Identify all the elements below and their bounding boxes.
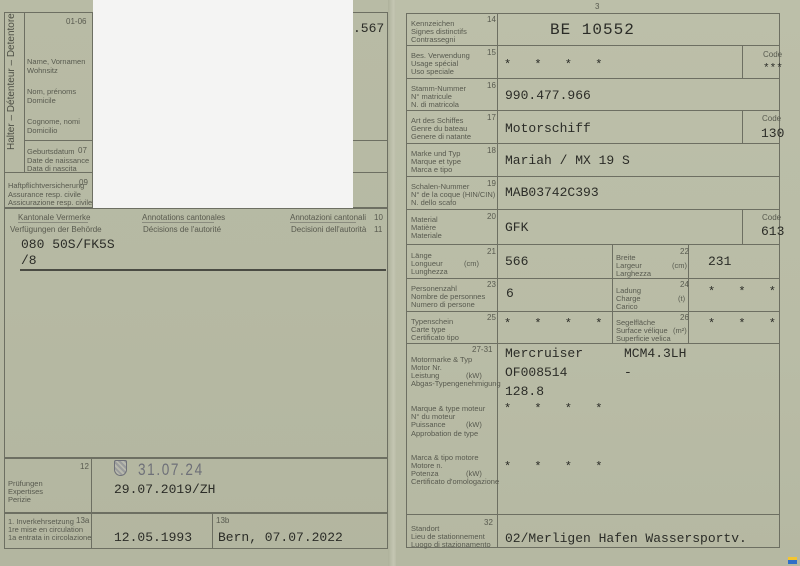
label: N. dello scafo [411,198,456,207]
label: Kantonale Vermerke [18,213,91,222]
plate-number: BE 10552 [550,21,635,39]
label: Numero di persone [411,300,475,309]
inspection-value: 29.07.2019/ZH [114,482,215,497]
label: Domicile [27,96,56,105]
code-label: Code [762,114,781,123]
label: N. di matricola [411,100,459,109]
label: Perizie [8,495,31,504]
label: Contrassegni [411,35,455,44]
engine-serial: OF008514 [505,365,567,380]
type-cert-value: * * * * [504,317,610,331]
field-number: 16 [487,81,496,90]
first-registration-date: 12.05.1993 [114,530,192,545]
base-number-value: 990.477.966 [505,88,591,103]
label: Larghezza [616,269,651,278]
field-number: 27-31 [472,345,492,354]
label: Nom, prénoms [27,87,76,96]
cantonal-note-line: /8 [21,253,37,268]
cantonal-note-line: 080 50S/FK5S [21,237,115,252]
label: Uso speciale [411,67,454,76]
field-number: 15 [487,48,496,57]
engine2-value: * * * * [504,402,610,416]
flag-icon [788,557,797,564]
label: Domicilio [27,126,57,135]
label: Assicurazione resp. civile [8,198,92,207]
field-number: 13b [216,516,229,525]
label: Wohnsitz [27,66,58,75]
load-value: * * * [708,285,784,299]
field-number: 20 [487,212,496,221]
canton-bern-coat-of-arms-icon [114,460,127,476]
label: Haftpflichtversicherung [8,181,84,190]
label: Geburtsdatum [27,147,75,156]
field-number: 17 [487,113,496,122]
label: Verfügungen der Behörde [10,225,102,234]
label: Lunghezza [411,267,448,276]
engine-make: Mercruiser [505,346,583,361]
label: Cognome, nomi [27,117,80,126]
label: Décisions de l'autorité [143,225,221,234]
field-number: 10 [374,213,383,222]
engine-serial-extra: - [624,365,632,380]
engine3-value: * * * * [504,460,610,474]
right-page: 3 14 Kennzeichen Signes distinctifs Cont… [396,0,800,566]
material-code: 613 [761,224,784,239]
width-value: 231 [708,254,731,269]
field-number: 18 [487,146,496,155]
label: Certificato d'omologazione [411,477,499,486]
material-value: GFK [505,220,528,235]
label: Carico [616,302,638,311]
label: Superficie velica [616,334,671,343]
field-number: 01-06 [66,17,86,26]
field-number: 24 [680,280,689,289]
field-number: 13a [76,516,89,525]
unit-label: (t) [678,294,685,303]
field-number: 22 [680,247,689,256]
label: Genere di natante [411,132,471,141]
label: Materiale [411,231,442,240]
field-number: 32 [484,518,493,527]
length-value: 566 [505,254,528,269]
label: Name, Vornamen [27,57,85,66]
field-number: 25 [487,313,496,322]
holder-vertical-title: Halter – Détenteur – Detentore [6,13,17,150]
unit-label: (m²) [673,326,687,335]
inspection-stamp-date: 31.07.24 [138,460,204,480]
make-model-value: Mariah / MX 19 S [505,153,630,168]
label: Luogo di stazionamento [411,540,491,549]
engine-power: 128.8 [505,384,544,399]
field-number: 11 [374,225,382,234]
boat-type-code: 130 [761,126,784,141]
label: 1a entrata in circolazione [8,533,91,542]
special-use-value: * * * * [504,58,610,72]
field-number: 26 [680,313,689,322]
location-value: 02/Merligen Hafen Wassersportv. [505,531,747,546]
code-label: Code [763,50,782,59]
hull-number-value: MAB03742C393 [505,185,599,200]
boat-type-value: Motorschiff [505,121,591,136]
field-number: 21 [487,247,496,256]
unit-label: (cm) [464,259,479,268]
label: Data di nascita [27,164,77,173]
redacted-area [93,0,353,208]
field-number: 23 [487,280,496,289]
field-number: 19 [487,179,496,188]
holder-value-fragment: .567 [353,21,384,36]
label: Marca e tipo [411,165,452,174]
label: Annotations cantonales [142,213,225,222]
page-number: 3 [595,2,599,11]
unit-label: (kW) [466,420,482,429]
field-number: 07 [78,146,87,155]
issue-place-date: Bern, 07.07.2022 [218,530,343,545]
label: Annotazioni cantonali [290,213,366,222]
label: Puissance [411,420,446,429]
left-page: Halter – Détenteur – Detentore 01-06 Nam… [0,0,392,566]
sail-area-value: * * * [708,317,784,331]
field-number: 14 [487,15,496,24]
label: Abgas-Typengenehmigung [411,379,501,388]
persons-value: 6 [506,286,514,301]
special-use-code: *** [763,63,783,75]
field-number: 12 [80,462,89,471]
label: Decisioni dell'autorità [291,225,366,234]
engine-model: MCM4.3LH [624,346,686,361]
unit-label: (cm) [672,261,687,270]
label: Approbation de type [411,429,478,438]
label: Certificato tipo [411,333,459,342]
code-label: Code [762,213,781,222]
